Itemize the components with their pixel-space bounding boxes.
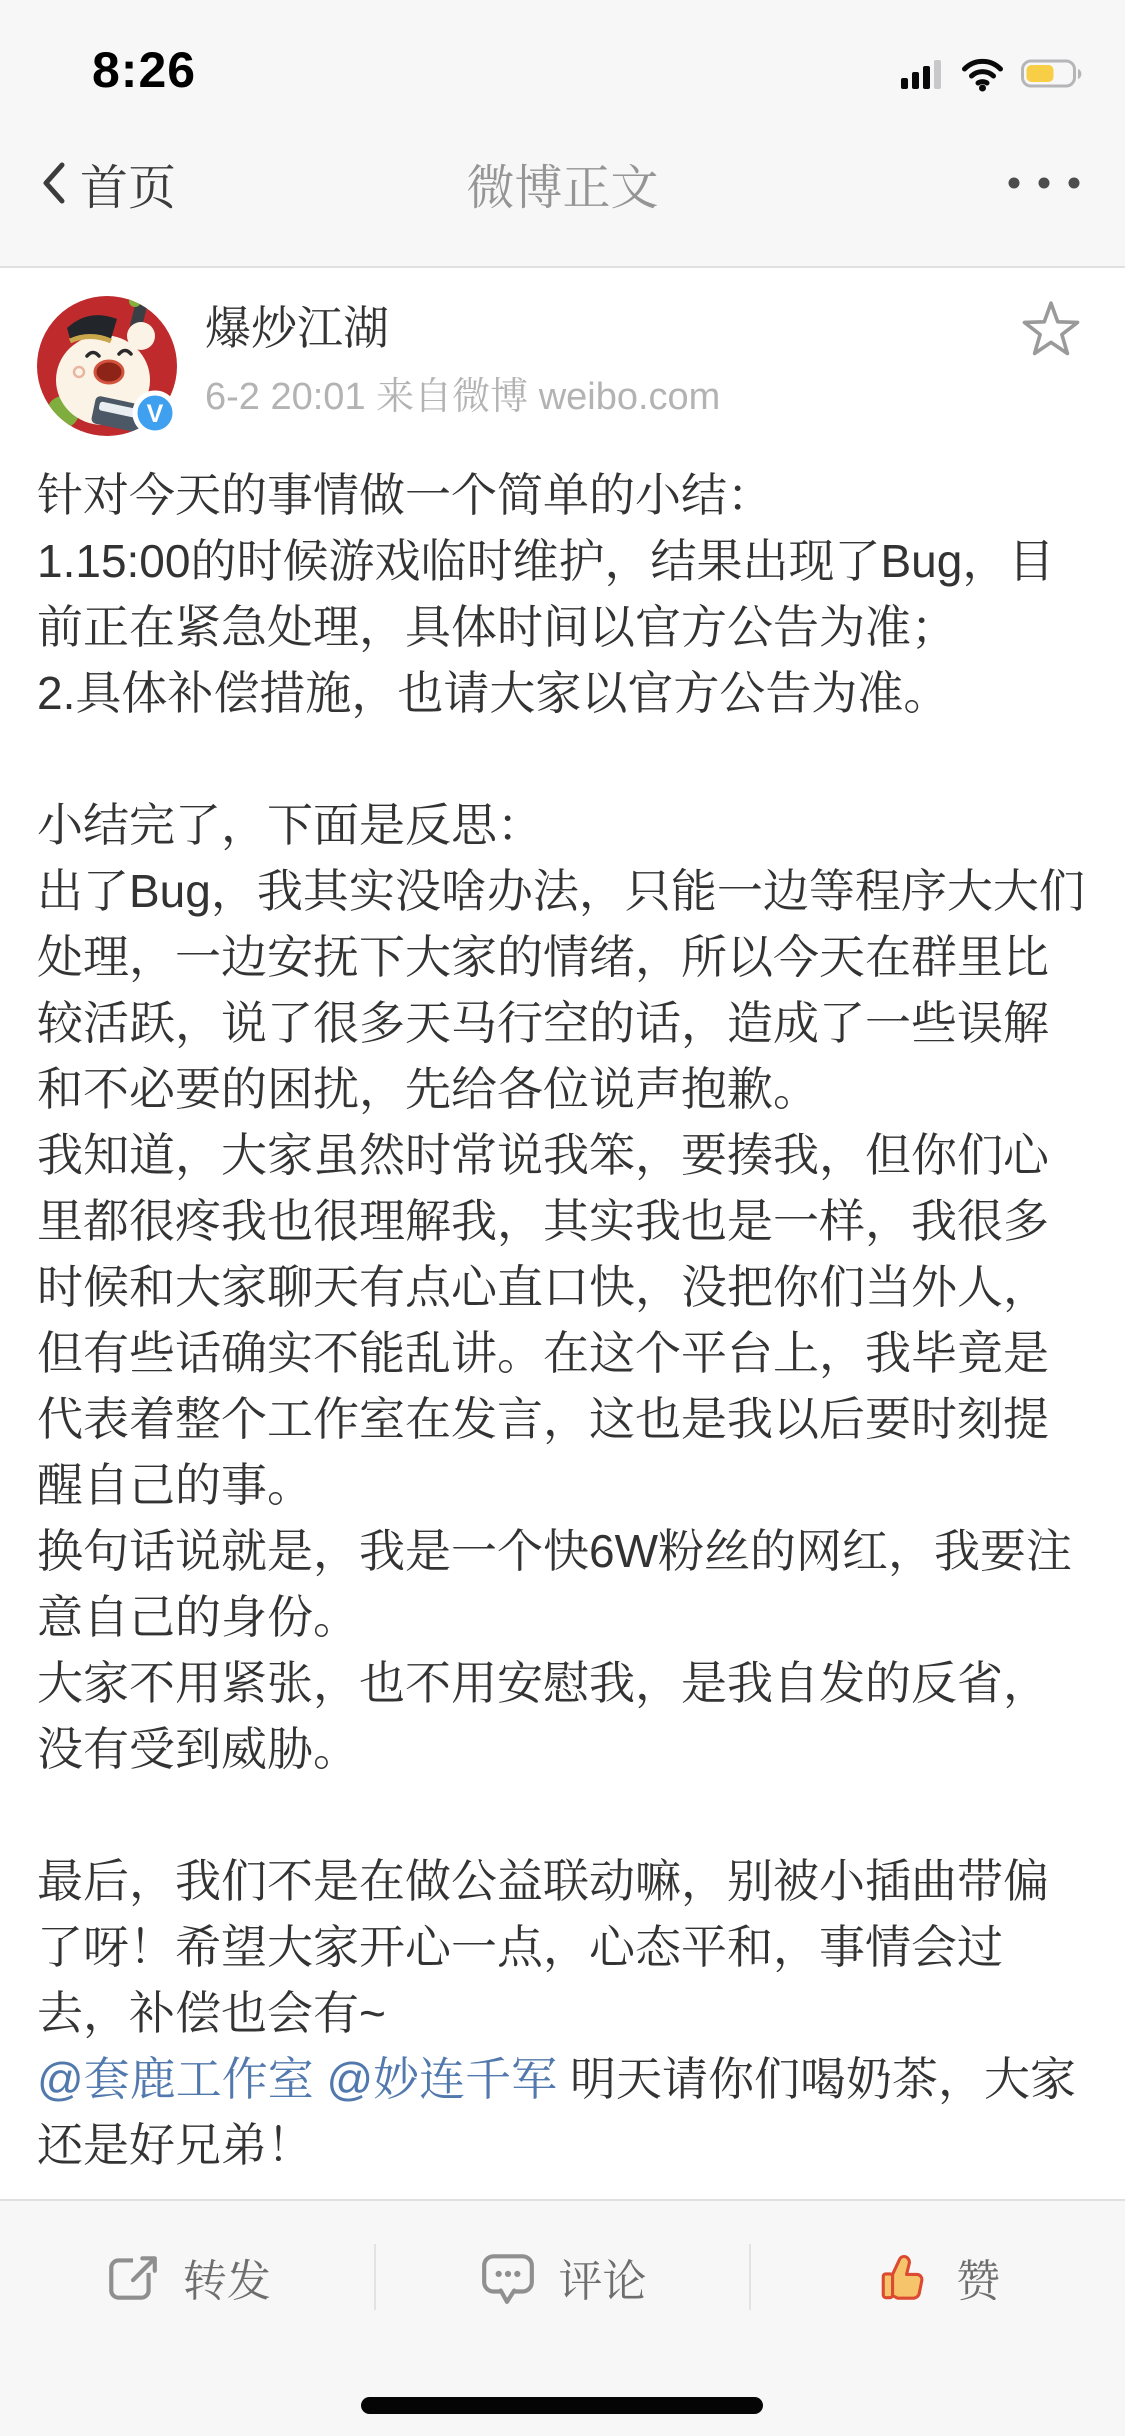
post-meta: 6-2 20:01 来自微博 weibo.com [205,374,720,420]
comment-icon [479,2248,537,2306]
battery-icon [1021,59,1083,89]
post-text: 针对今天的事情做一个简单的小结： 1.15:00的时候游戏临时维护，结果出现了B… [37,462,1088,2178]
user-info: 爆炒江湖 6-2 20:01 来自微博 weibo.com [205,296,720,420]
home-indicator[interactable] [361,2397,763,2414]
header: 8:26 [0,0,1125,268]
back-button[interactable]: 首页 [40,149,176,218]
status-bar: 8:26 [0,0,1125,100]
avatar-image: V [37,296,177,436]
like-button[interactable]: 赞 [751,2245,1125,2309]
nav-bar: 首页 微博正文 [0,100,1125,266]
like-thumb-icon [876,2248,934,2306]
avatar[interactable]: V [37,296,177,436]
toolbar-row: 转发 评论 赞 [0,2231,1125,2323]
mention-link[interactable]: @妙连千军 [326,2053,557,2105]
like-label: 赞 [956,2245,1000,2309]
star-icon[interactable] [1020,300,1082,362]
back-label: 首页 [80,149,176,218]
comment-label: 评论 [559,2245,647,2309]
more-ellipsis-icon [1007,176,1081,190]
username[interactable]: 爆炒江湖 [205,300,720,356]
comment-button[interactable]: 评论 [376,2245,750,2309]
back-chevron-icon [40,161,66,205]
post-text-segment: 针对今天的事情做一个简单的小结： 1.15:00的时候游戏临时维护，结果出现了B… [37,469,1085,2039]
post-card: V 爆炒江湖 6-2 20:01 来自微博 weibo.com 针对今天的事情做… [0,270,1125,2199]
wifi-icon [960,56,1005,92]
user-row: V 爆炒江湖 6-2 20:01 来自微博 weibo.com [37,296,1088,436]
repost-button[interactable]: 转发 [0,2245,374,2309]
mention-link[interactable]: @套鹿工作室 [37,2053,314,2105]
svg-text:V: V [147,400,164,428]
status-icons [900,56,1083,100]
signal-icon [900,59,944,89]
status-time: 8:26 [92,40,196,100]
weibo-post-page: 8:26 [0,0,1125,2436]
more-button[interactable] [1003,166,1085,200]
repost-label: 转发 [183,2245,271,2309]
repost-icon [103,2248,161,2306]
post-text-segment [314,2053,327,2105]
